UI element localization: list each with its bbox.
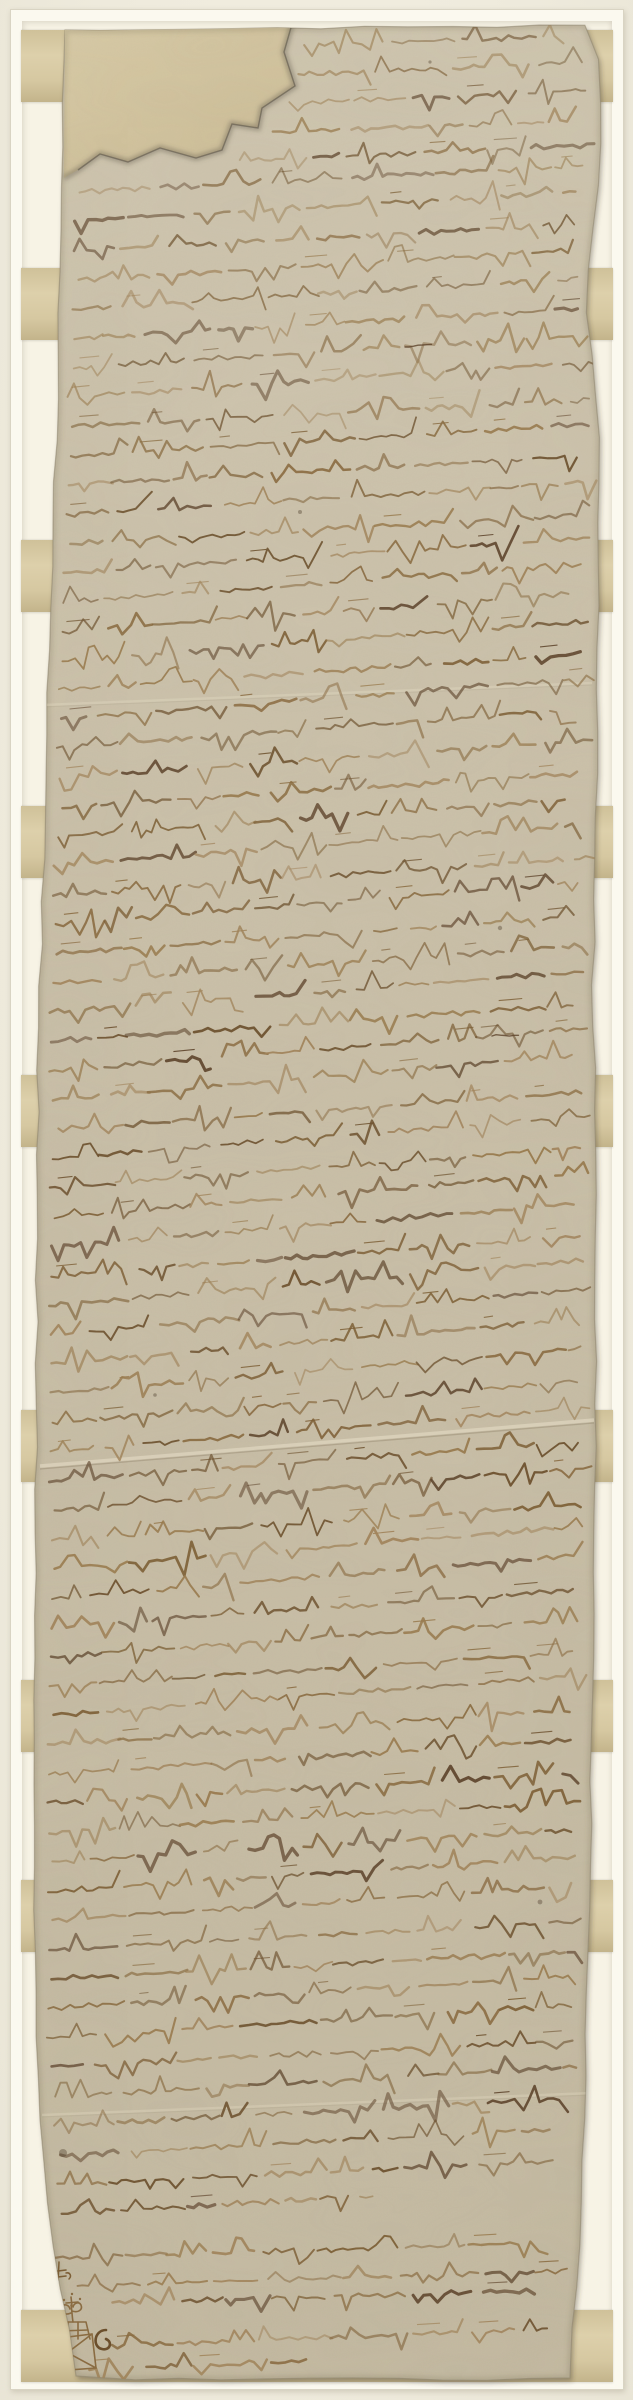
manuscript-photo xyxy=(0,0,633,2400)
parchment xyxy=(28,18,618,2386)
parchment-scan xyxy=(0,0,633,2400)
